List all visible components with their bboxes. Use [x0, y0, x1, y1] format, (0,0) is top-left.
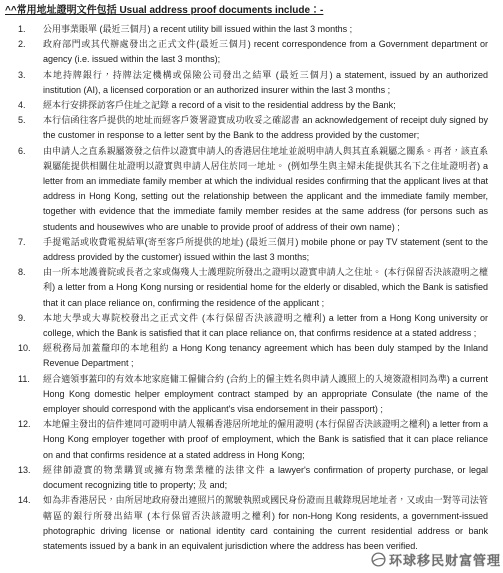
item-number: 10.	[5, 341, 43, 356]
item-number: 5.	[5, 113, 43, 128]
document-page: ^^常用地址證明文件包括 Usual address proof documen…	[0, 0, 503, 573]
list-item: 7. 手提電話或收費電視結單(寄至客戶所提供的地址) (最近三個月) mobil…	[5, 235, 488, 265]
list-item: 1. 公用事業賬單 (最近三個月) a recent utility bill …	[5, 22, 488, 37]
list-item: 14. 如為非香港居民，由所居地政府發出連照片的駕駛執照或國民身份證而且載錄現居…	[5, 493, 488, 554]
item-text: 政府部門或其代辦處發出之正式文件(最近三個月) recent correspon…	[43, 37, 488, 67]
item-text: 手提電話或收費電視結單(寄至客戶所提供的地址) (最近三個月) mobile p…	[43, 235, 488, 265]
item-number: 11.	[5, 372, 43, 387]
item-text: 本地僱主發出的信件連同可證明申請人報稱香港居所地址的僱用證明 (本行保留否決該證…	[43, 417, 488, 463]
item-text: 公用事業賬單 (最近三個月) a recent utility bill iss…	[43, 22, 488, 37]
item-number: 3.	[5, 68, 43, 83]
page-title: ^^常用地址證明文件包括 Usual address proof documen…	[5, 3, 488, 19]
item-number: 6.	[5, 144, 43, 159]
item-text: 由一所本地護養院或長者之家或傷殘人士護理院所發出之證明以證實申請人之住址。 (本…	[43, 265, 488, 311]
item-number: 7.	[5, 235, 43, 250]
item-text: 經税務局加蓋釐印的本地租約 a Hong Kong tenancy agreem…	[43, 341, 488, 371]
list-item: 11. 經合適領事蓋印的有效本地家庭傭工僱傭合約 (合約上的僱主姓名與申請人護照…	[5, 372, 488, 418]
item-number: 12.	[5, 417, 43, 432]
item-number: 4.	[5, 98, 43, 113]
list-item: 2. 政府部門或其代辦處發出之正式文件(最近三個月) recent corres…	[5, 37, 488, 67]
item-text: 經本行安排探訪客戶住址之記錄 a record of a visit to th…	[43, 98, 488, 113]
item-text: 如為非香港居民，由所居地政府發出連照片的駕駛執照或國民身份證而且載錄現居地址者，…	[43, 493, 488, 554]
item-text: 經律師證實的物業購買或擁有物業業權的法律文件 a lawyer's confir…	[43, 463, 488, 493]
item-text: 經合適領事蓋印的有效本地家庭傭工僱傭合約 (合約上的僱主姓名與申請人護照上的入境…	[43, 372, 488, 418]
list-item: 5. 本行信函往客戶提供的地址而經客戶簽署證實成功收妥之確認書 an ackno…	[5, 113, 488, 143]
item-number: 14.	[5, 493, 43, 508]
item-number: 1.	[5, 22, 43, 37]
item-number: 9.	[5, 311, 43, 326]
item-text: 本地持牌銀行，持牌法定機構或保險公司發出之結單 (最近三個月) a statem…	[43, 68, 488, 98]
list-item: 8. 由一所本地護養院或長者之家或傷殘人士護理院所發出之證明以證實申請人之住址。…	[5, 265, 488, 311]
list-item: 9. 本地大學或大專院校發出之正式文件 (本行保留否決該證明之權利) a let…	[5, 311, 488, 341]
list-item: 6. 由申請人之直系親屬簽發之信件以證實申請人的香港居住地址並説明申請人與其直系…	[5, 144, 488, 235]
list-item: 4. 經本行安排探訪客戶住址之記錄 a record of a visit to…	[5, 98, 488, 113]
list-item: 3. 本地持牌銀行，持牌法定機構或保險公司發出之結單 (最近三個月) a sta…	[5, 68, 488, 98]
address-proof-list: 1. 公用事業賬單 (最近三個月) a recent utility bill …	[5, 22, 488, 554]
list-item: 12. 本地僱主發出的信件連同可證明申請人報稱香港居所地址的僱用證明 (本行保留…	[5, 417, 488, 463]
list-item: 13. 經律師證實的物業購買或擁有物業業權的法律文件 a lawyer's co…	[5, 463, 488, 493]
item-text: 由申請人之直系親屬簽發之信件以證實申請人的香港居住地址並説明申請人與其直系親屬之…	[43, 144, 488, 235]
item-number: 8.	[5, 265, 43, 280]
item-text: 本地大學或大專院校發出之正式文件 (本行保留否決該證明之權利) a letter…	[43, 311, 488, 341]
item-text: 本行信函往客戶提供的地址而經客戶簽署證實成功收妥之確認書 an acknowle…	[43, 113, 488, 143]
item-number: 2.	[5, 37, 43, 52]
list-item: 10. 經税務局加蓋釐印的本地租約 a Hong Kong tenancy ag…	[5, 341, 488, 371]
item-number: 13.	[5, 463, 43, 478]
